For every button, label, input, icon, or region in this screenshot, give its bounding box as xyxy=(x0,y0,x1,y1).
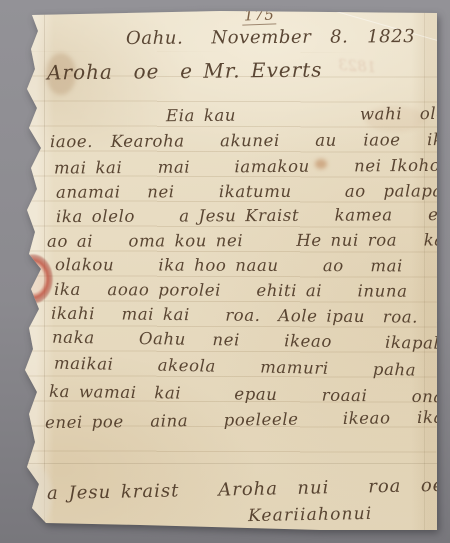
manuscript-line: Eia kau wahi olelo xyxy=(166,104,450,126)
manuscript-line: ao ai oma kou nei He nui roa kamaikai xyxy=(47,230,450,251)
letter-sheet-wrapper: 1823 175 Oahu. November 8. 1823 Aroha oe… xyxy=(0,0,450,543)
salutation: Aroha oe e Mr. Everts xyxy=(47,58,323,85)
dateline: Oahu. November 8. 1823 xyxy=(126,26,415,49)
page-number: 175 xyxy=(242,5,277,25)
manuscript-line: olakou ika hoo naau ao mai ia matou. xyxy=(55,255,450,276)
manuscript-line: ika aoao porolei ehiti ai inuna ikalani xyxy=(54,280,450,301)
manuscript-line: mai kai mai iamakou nei Ikohoouna xyxy=(54,155,450,177)
ink-bleed-through: 1823 xyxy=(337,56,376,77)
closing-line: a Jesu kraist Aroha nui roa oe xyxy=(47,475,445,504)
manuscript-line: ika olelo a Jesu Kraist kamea enaau xyxy=(56,205,450,226)
manuscript-line: anamai nei ikatumu ao palapala xyxy=(56,181,450,201)
manuscript-line: iaoe. Kearoha akunei au iaoe ikorote xyxy=(50,130,450,151)
fold-crease-bottom xyxy=(20,463,437,464)
scanned-letter-view: { "letter": { "page_number": "175", "dat… xyxy=(0,0,450,543)
signature: Keariiahonui xyxy=(248,504,373,526)
wax-seal-mark xyxy=(13,254,53,304)
letter-page: 1823 175 Oahu. November 8. 1823 Aroha oe… xyxy=(20,11,437,531)
